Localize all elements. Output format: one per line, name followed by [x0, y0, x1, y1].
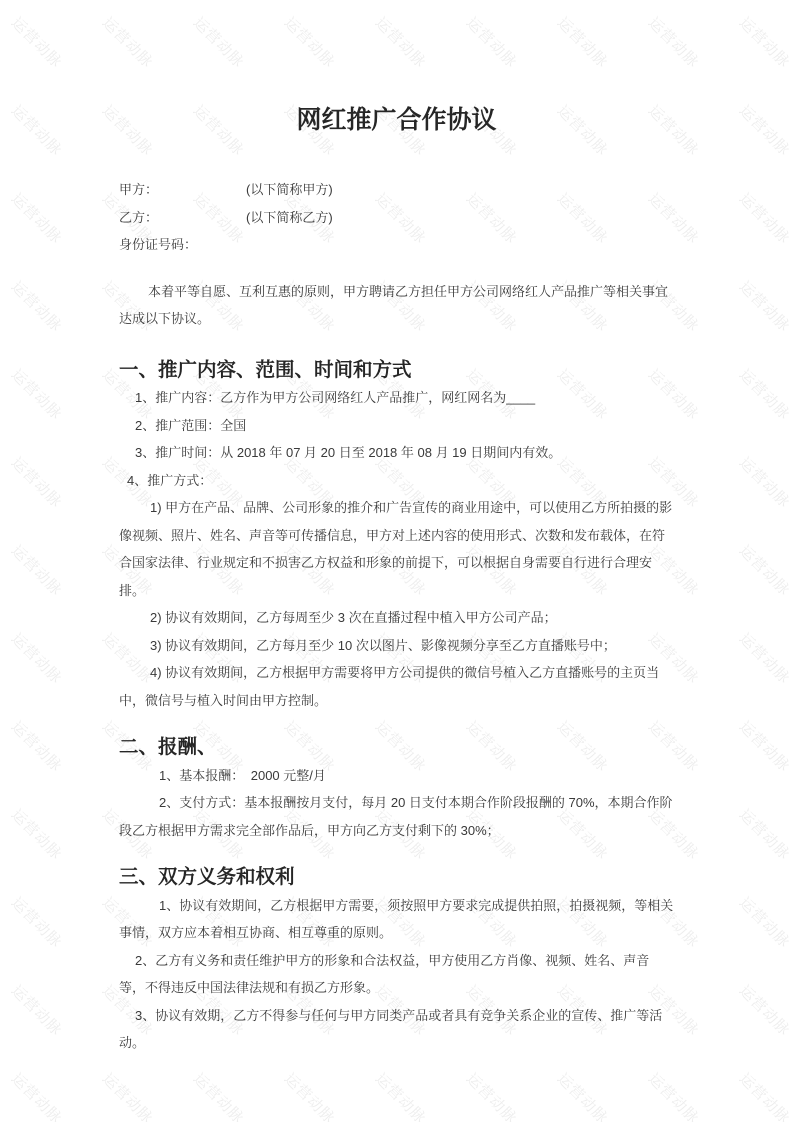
section-2-heading: 二、报酬、 — [119, 734, 674, 762]
id-number-label: 身份证号码： — [119, 237, 197, 252]
party-a-label: 甲方： — [119, 182, 158, 197]
party-b-row: 乙方：(以下简称乙方) — [119, 204, 674, 232]
document-content: 网红推广合作协议 甲方：(以下简称甲方) 乙方：(以下简称乙方) 身份证号码： … — [0, 0, 793, 1122]
party-a-row: 甲方：(以下简称甲方) — [119, 176, 674, 204]
section-3-item-2: 2、乙方有义务和责任维护甲方的形象和合法权益，甲方使用乙方肖像、视频、姓名、声音… — [119, 947, 674, 1002]
section-1-heading: 一、推广内容、范围、时间和方式 — [119, 357, 674, 385]
section-1-item-2: 2、推广范围：全国 — [119, 412, 674, 440]
section-1-subitem-1: 1) 甲方在产品、品牌、公司形象的推介和广告宣传的商业用途中，可以使用乙方所拍摄… — [119, 494, 674, 604]
section-1-item-1: 1、推广内容：乙方作为甲方公司网络红人产品推广，网红网名为____ — [119, 384, 674, 412]
parties-block: 甲方：(以下简称甲方) 乙方：(以下简称乙方) 身份证号码： — [119, 176, 674, 259]
document-page: 运营动脉运营动脉运营动脉运营动脉运营动脉运营动脉运营动脉运营动脉运营动脉运营动脉… — [0, 0, 793, 1122]
section-1-item-3: 3、推广时间：从 2018 年 07 月 20 日至 2018 年 08 月 1… — [119, 439, 674, 467]
section-2-item-2: 2、支付方式：基本报酬按月支付，每月 20 日支付本期合作阶段报酬的 70%，本… — [119, 789, 674, 844]
intro-paragraph: 本着平等自愿、互利互惠的原则，甲方聘请乙方担任甲方公司网络红人产品推广等相关事宜… — [119, 278, 674, 333]
section-3-item-1: 1、协议有效期间，乙方根据甲方需要，须按照甲方要求完成提供拍照，拍摄视频，等相关… — [119, 892, 674, 947]
section-1-subitem-4: 4) 协议有效期间，乙方根据甲方需要将甲方公司提供的微信号植入乙方直播账号的主页… — [119, 659, 674, 714]
party-b-label: 乙方： — [119, 210, 158, 225]
section-3-item-3: 3、协议有效期，乙方不得参与任何与甲方同类产品或者具有竞争关系企业的宣传、推广等… — [119, 1002, 674, 1057]
section-2-item-1: 1、基本报酬： 2000 元整/月 — [119, 762, 674, 790]
section-1-subitem-3: 3) 协议有效期间，乙方每月至少 10 次以图片、影像视频分享至乙方直播账号中； — [119, 632, 674, 660]
id-number-row: 身份证号码： — [119, 231, 674, 259]
party-b-note: (以下简称乙方) — [246, 210, 333, 225]
section-3-heading: 三、双方义务和权利 — [119, 864, 674, 892]
document-title: 网红推广合作协议 — [119, 104, 674, 137]
section-1-item-4: 4、推广方式： — [119, 467, 674, 495]
party-a-note: (以下简称甲方) — [246, 182, 333, 197]
section-1-subitem-2: 2) 协议有效期间，乙方每周至少 3 次在直播过程中植入甲方公司产品； — [119, 604, 674, 632]
